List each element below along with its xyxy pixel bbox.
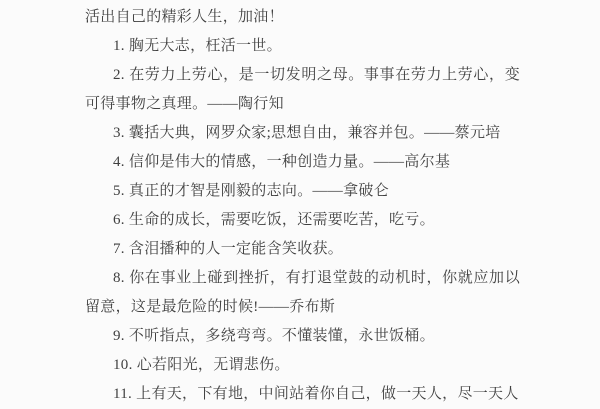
- quote-2-line-1: 2. 在劳力上劳心，是一切发明之母。事事在劳力上劳心，变: [85, 61, 520, 90]
- intro-continuation-line: 活出自己的精彩人生，加油！: [85, 3, 520, 32]
- quote-5: 5. 真正的才智是刚毅的志向。——拿破仑: [85, 177, 520, 206]
- quote-6: 6. 生命的成长，需要吃饭，还需要吃苦，吃亏。: [85, 206, 520, 235]
- quotes-text-block: 活出自己的精彩人生，加油！ 1. 胸无大志，枉活一世。 2. 在劳力上劳心，是一…: [85, 3, 520, 400]
- quote-1: 1. 胸无大志，枉活一世。: [85, 32, 520, 61]
- quote-8-line-2: 留意，这是最危险的时候!——乔布斯: [85, 293, 520, 322]
- quote-2-line-2: 可得事物之真理。——陶行知: [85, 90, 520, 119]
- quote-11-cutoff: 11. 上有天，下有地，中间站着你自己，做一天人，尽一天人: [85, 380, 520, 400]
- quote-4: 4. 信仰是伟大的情感，一种创造力量。——高尔基: [85, 148, 520, 177]
- document-page: 活出自己的精彩人生，加油！ 1. 胸无大志，枉活一世。 2. 在劳力上劳心，是一…: [0, 0, 600, 400]
- quote-8-line-1: 8. 你在事业上碰到挫折，有打退堂鼓的动机时，你就应加以: [85, 264, 520, 293]
- quote-9: 9. 不听指点，多绕弯弯。不懂装懂，永世饭桶。: [85, 322, 520, 351]
- quote-7: 7. 含泪播种的人一定能含笑收获。: [85, 235, 520, 264]
- quote-3: 3. 囊括大典，网罗众家;思想自由，兼容并包。——蔡元培: [85, 119, 520, 148]
- quote-10: 10. 心若阳光，无谓悲伤。: [85, 351, 520, 380]
